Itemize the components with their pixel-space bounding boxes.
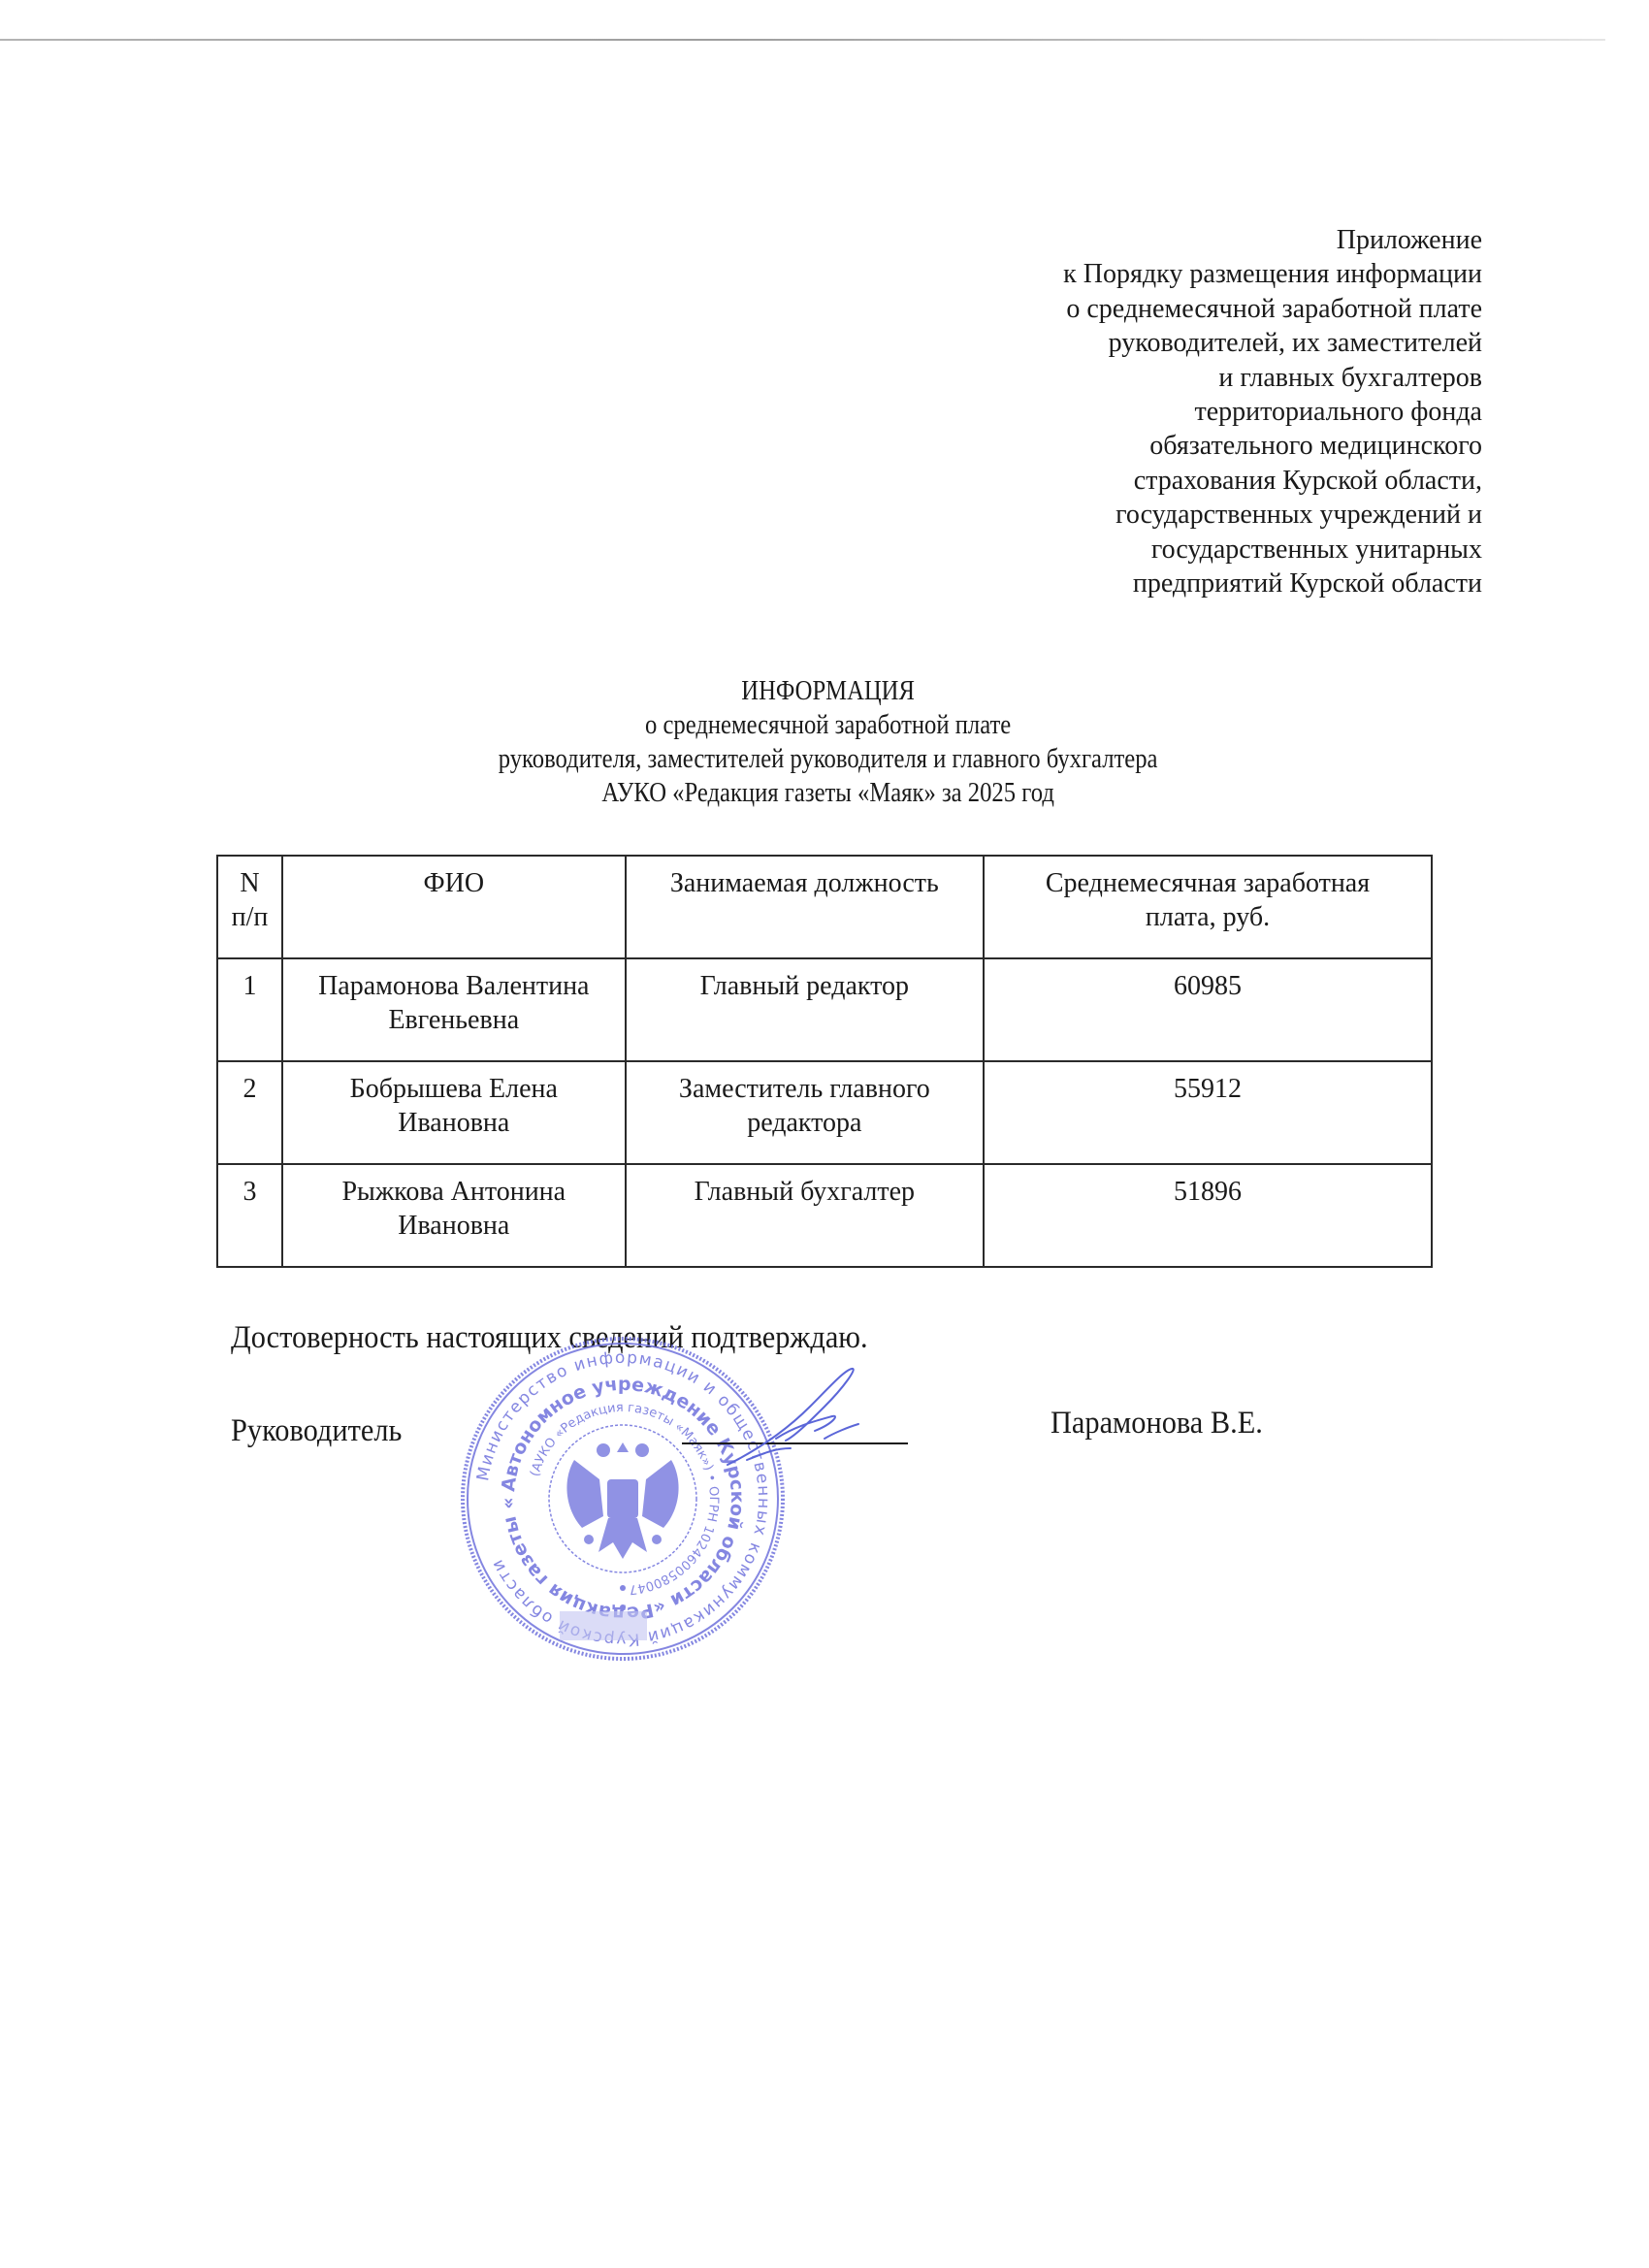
appendix-header: Приложение к Порядку размещения информац… xyxy=(1063,223,1482,600)
appendix-line: предприятий Курской области xyxy=(1063,567,1482,600)
handwritten-signature-icon xyxy=(718,1363,892,1470)
cell-position: Заместитель главногоредактора xyxy=(626,1061,984,1164)
table-row: 3 Рыжкова АнтонинаИвановна Главный бухга… xyxy=(217,1164,1432,1267)
table-row: 2 Бобрышева ЕленаИвановна Заместитель гл… xyxy=(217,1061,1432,1164)
header-salary: Среднемесячная заработная плата, руб. xyxy=(984,856,1432,958)
appendix-line: руководителей, их заместителей xyxy=(1063,326,1482,360)
cell-number: 1 xyxy=(217,958,282,1061)
appendix-line: страхования Курской области, xyxy=(1063,464,1482,498)
header-fio: ФИО xyxy=(282,856,626,958)
cell-number: 3 xyxy=(217,1164,282,1267)
appendix-line: и главных бухгалтеров xyxy=(1063,361,1482,395)
title-line: АУКО «Редакция газеты «Маяк» за 2025 год xyxy=(103,776,1554,810)
signer-role: Руководитель xyxy=(231,1411,402,1450)
appendix-line: государственных унитарных xyxy=(1063,533,1482,567)
cell-salary: 55912 xyxy=(984,1061,1432,1164)
cell-salary: 51896 xyxy=(984,1164,1432,1267)
appendix-line: Приложение xyxy=(1063,223,1482,257)
scan-edge-line xyxy=(0,39,1605,41)
header-position: Занимаемая должность xyxy=(626,856,984,958)
appendix-line: обязательного медицинского xyxy=(1063,429,1482,463)
header-number: N п/п xyxy=(217,856,282,958)
cell-fio: Парамонова ВалентинаЕвгеньевна xyxy=(282,958,626,1061)
cell-position: Главный бухгалтер xyxy=(626,1164,984,1267)
cell-position: Главный редактор xyxy=(626,958,984,1061)
cell-number: 2 xyxy=(217,1061,282,1164)
table-row: 1 Парамонова ВалентинаЕвгеньевна Главный… xyxy=(217,958,1432,1061)
table-header-row: N п/п ФИО Занимаемая должность Среднемес… xyxy=(217,856,1432,958)
cell-salary: 60985 xyxy=(984,958,1432,1061)
appendix-line: территориального фонда xyxy=(1063,395,1482,429)
title-heading: ИНФОРМАЦИЯ xyxy=(103,674,1554,708)
salary-table: N п/п ФИО Занимаемая должность Среднемес… xyxy=(216,855,1433,1268)
document-title: ИНФОРМАЦИЯ о среднемесячной заработной п… xyxy=(103,674,1554,810)
title-line: руководителя, заместителей руководителя … xyxy=(103,742,1554,776)
double-headed-eagle-icon xyxy=(566,1442,678,1559)
signer-name: Парамонова В.Е. xyxy=(1051,1404,1263,1442)
appendix-line: государственных учреждений и xyxy=(1063,498,1482,532)
cell-fio: Рыжкова АнтонинаИвановна xyxy=(282,1164,626,1267)
appendix-line: о среднемесячной заработной плате xyxy=(1063,292,1482,326)
appendix-line: к Порядку размещения информации xyxy=(1063,257,1482,291)
cell-fio: Бобрышева ЕленаИвановна xyxy=(282,1061,626,1164)
title-line: о среднемесячной заработной плате xyxy=(103,708,1554,742)
